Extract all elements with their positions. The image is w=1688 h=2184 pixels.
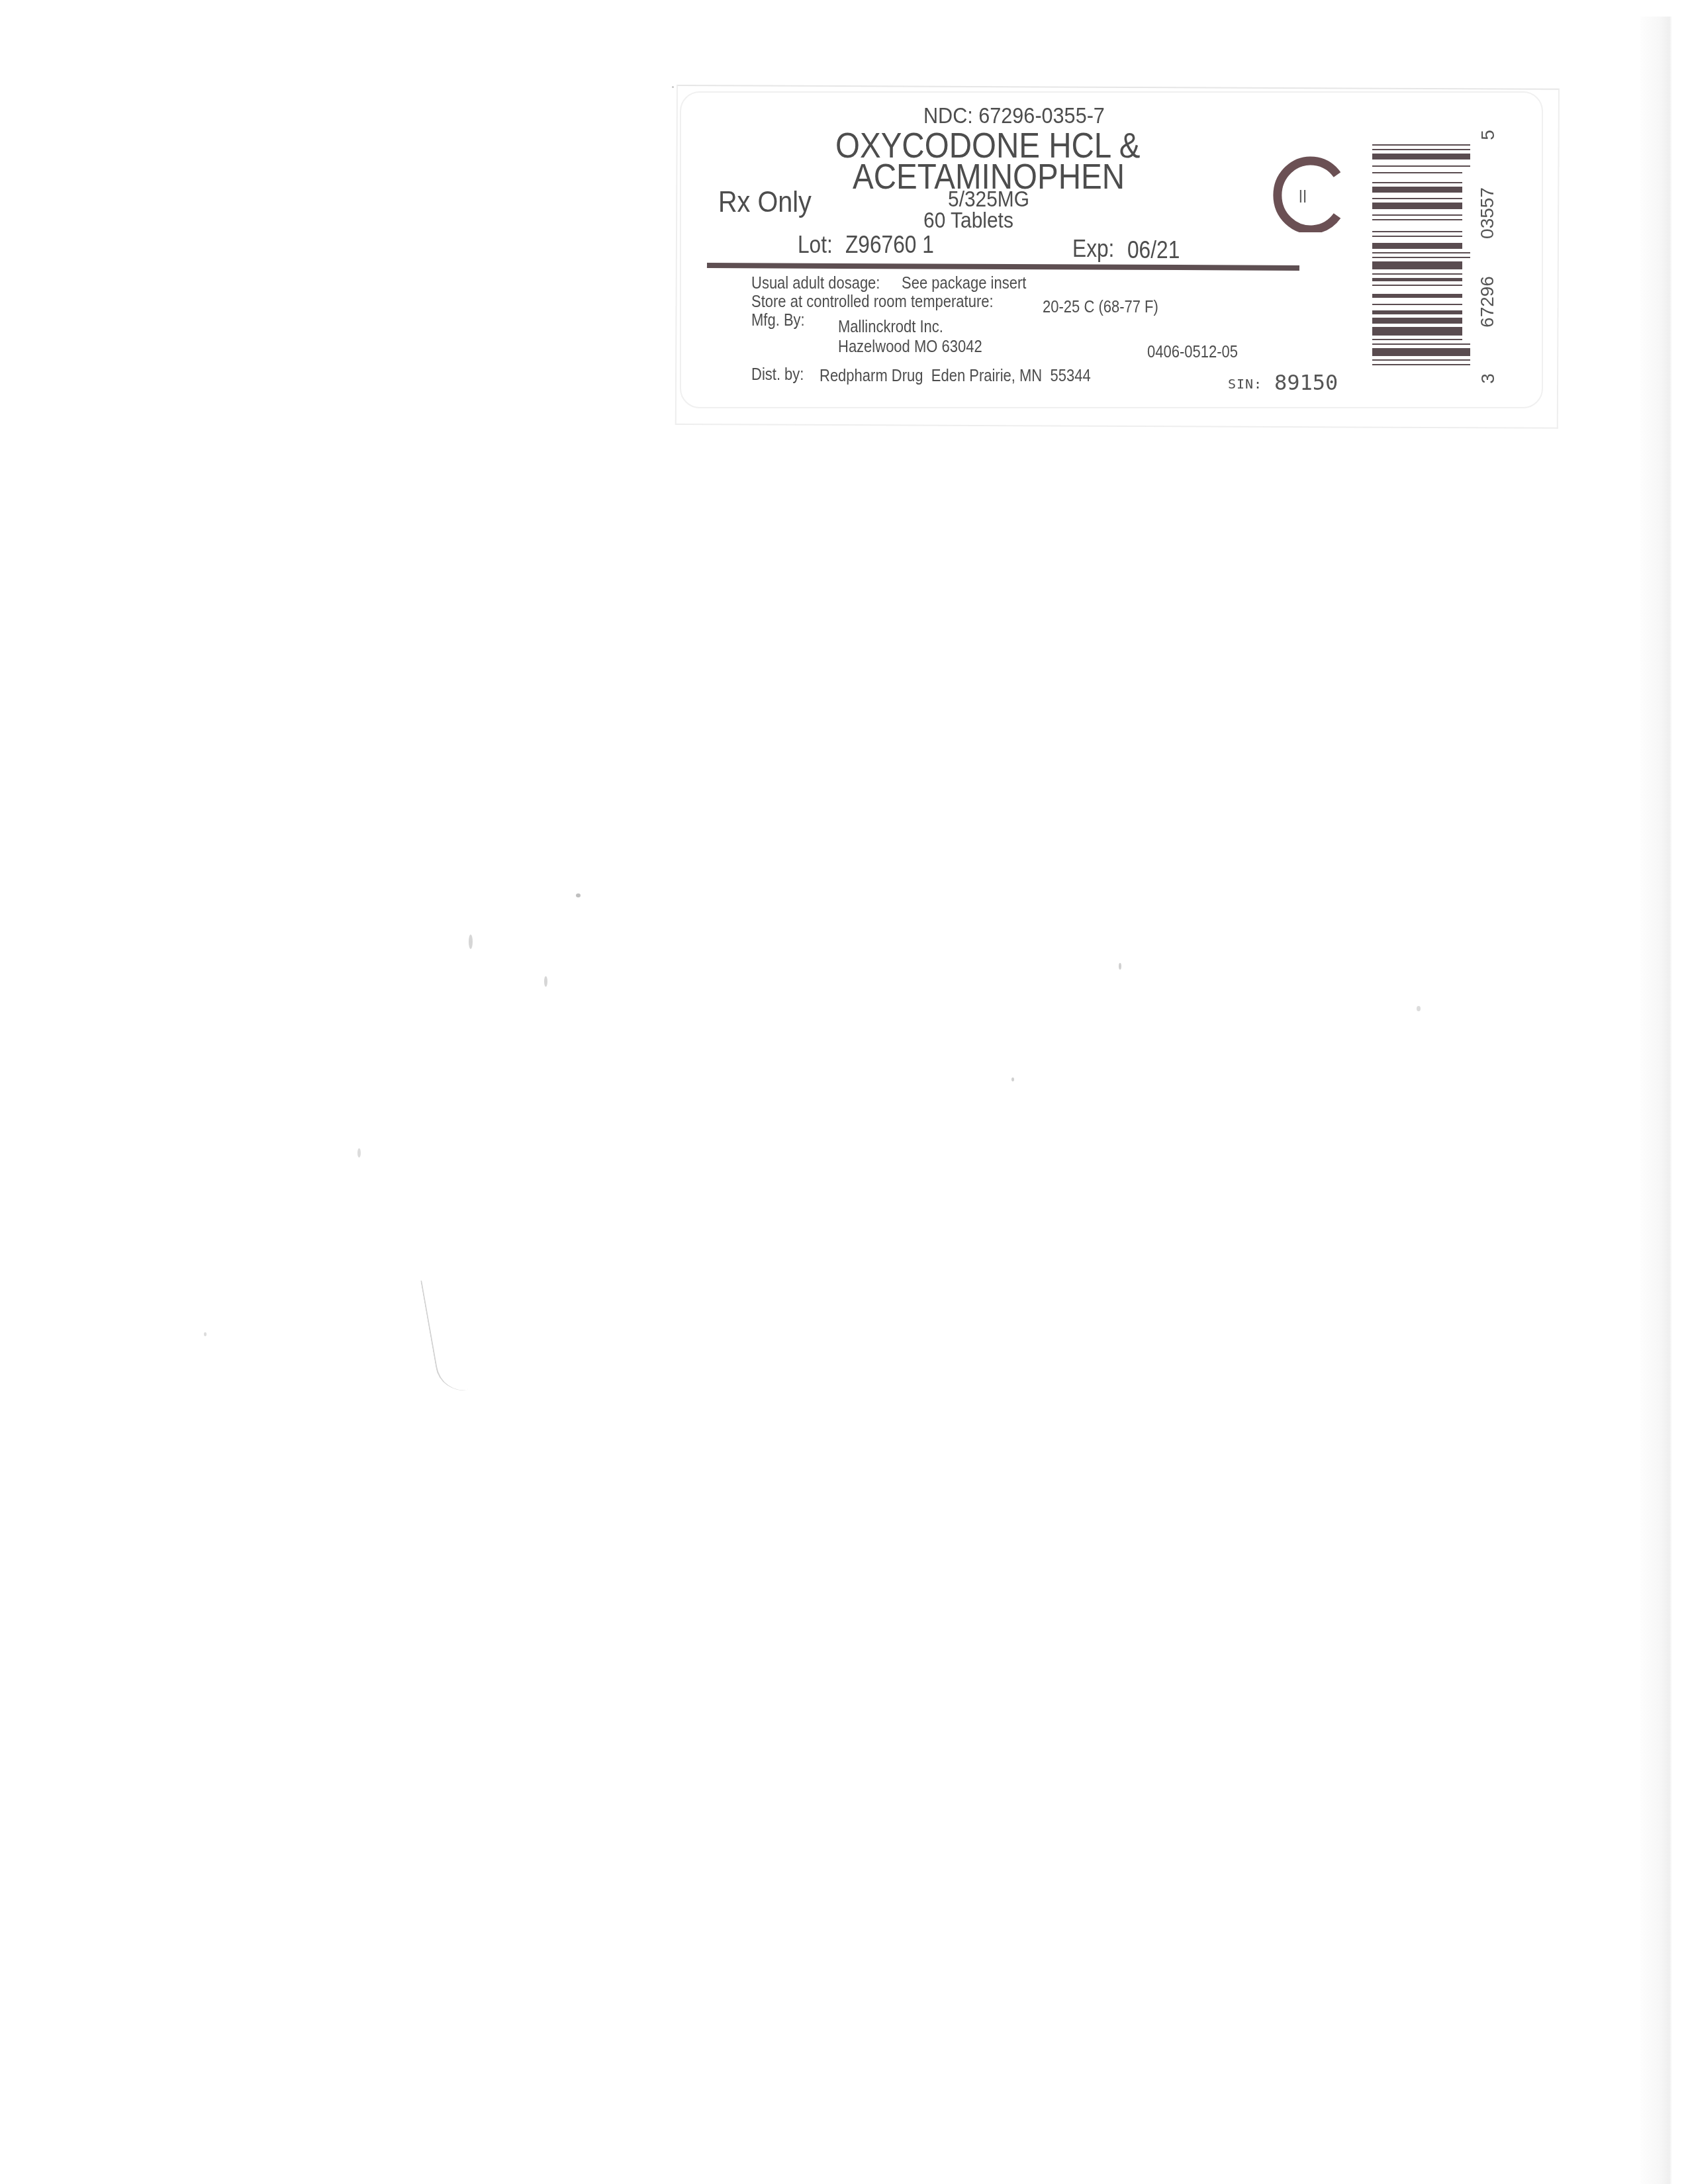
- lot-label: Lot:: [798, 233, 833, 257]
- barcode-bar: [1372, 182, 1462, 183]
- barcode-bar: [1372, 273, 1462, 275]
- product-code: 0406-0512-05: [1147, 344, 1238, 361]
- barcode-bar: [1372, 257, 1470, 258]
- scan-speck: [1417, 1006, 1421, 1011]
- barcode-bar: [1372, 214, 1462, 216]
- distributor-info: Redpharm Drug Eden Prairie, MN 55344: [820, 368, 1091, 385]
- barcode-bar: [1372, 172, 1462, 173]
- tablet-count: 60 Tablets: [923, 209, 1013, 232]
- barcode-bar: [1372, 294, 1462, 298]
- barcode-bar: [1372, 203, 1462, 208]
- upc-barcode: [1372, 144, 1472, 367]
- barcode-bar: [1372, 359, 1470, 361]
- rx-only-notice: Rx Only: [718, 188, 812, 217]
- barcode-bar: [1372, 364, 1470, 365]
- scan-page-edge: [1640, 17, 1672, 2184]
- dosage-label: Usual adult dosage:: [751, 275, 880, 292]
- barcode-bar: [1372, 318, 1462, 324]
- scan-speck: [469, 934, 473, 949]
- manufacturer-address: Hazelwood MO 63042: [838, 339, 982, 355]
- drug-strength: 5/325MG: [948, 188, 1029, 210]
- barcode-bar: [1372, 343, 1470, 345]
- barcode-bar: [1372, 236, 1462, 237]
- sin-number: 89150: [1274, 372, 1338, 393]
- scan-hair-artifact: [420, 1276, 468, 1395]
- manufacturer-label: Mfg. By:: [751, 312, 805, 329]
- lot-number: Z96760 1: [845, 233, 934, 257]
- barcode-bar: [1372, 252, 1470, 253]
- barcode-bar: [1372, 154, 1470, 159]
- dosage-value: See package insert: [902, 275, 1026, 292]
- expiration-date: 06/21: [1127, 238, 1180, 262]
- barcode-bar: [1372, 261, 1462, 270]
- barcode-bar: [1372, 304, 1462, 305]
- barcode-bar: [1372, 243, 1462, 249]
- barcode-bar: [1372, 327, 1462, 336]
- expiration-label: Exp:: [1072, 237, 1114, 261]
- barcode-product-digits: 03557: [1478, 187, 1497, 239]
- storage-temperature: 20-25 C (68-77 F): [1043, 299, 1158, 316]
- barcode-bar: [1372, 348, 1470, 357]
- storage-label: Store at controlled room temperature:: [751, 294, 994, 310]
- sin-label: SIN:: [1228, 377, 1262, 390]
- barcode-check-digit: 5: [1479, 130, 1497, 140]
- manufacturer-name: Mallinckrodt Inc.: [838, 319, 943, 336]
- scan-speck: [357, 1148, 361, 1158]
- barcode-bar: [1372, 219, 1462, 220]
- scan-speck: [204, 1332, 207, 1336]
- barcode-bar: [1372, 149, 1470, 150]
- scan-speck: [1011, 1077, 1014, 1081]
- scan-speck: [544, 976, 547, 987]
- scan-speck: [672, 86, 674, 88]
- scan-speck: [1119, 963, 1121, 970]
- barcode-manufacturer-digits: 67296: [1478, 276, 1497, 328]
- barcode-bar: [1372, 231, 1462, 232]
- distributor-label: Dist. by:: [751, 367, 804, 383]
- barcode-bar: [1372, 187, 1462, 193]
- barcode-bar: [1372, 144, 1470, 146]
- barcode-bar: [1372, 285, 1462, 286]
- barcode-bar: [1372, 310, 1462, 314]
- ndc-number: NDC: 67296-0355-7: [923, 105, 1105, 127]
- barcode-bar: [1372, 339, 1462, 340]
- svg-text:II: II: [1299, 187, 1307, 207]
- barcode-system-digit: 3: [1479, 373, 1497, 384]
- schedule-ii-icon: II: [1259, 156, 1345, 232]
- barcode-bar: [1372, 165, 1470, 167]
- barcode-bar: [1372, 198, 1462, 199]
- scan-speck: [576, 893, 581, 897]
- barcode-bar: [1372, 278, 1462, 282]
